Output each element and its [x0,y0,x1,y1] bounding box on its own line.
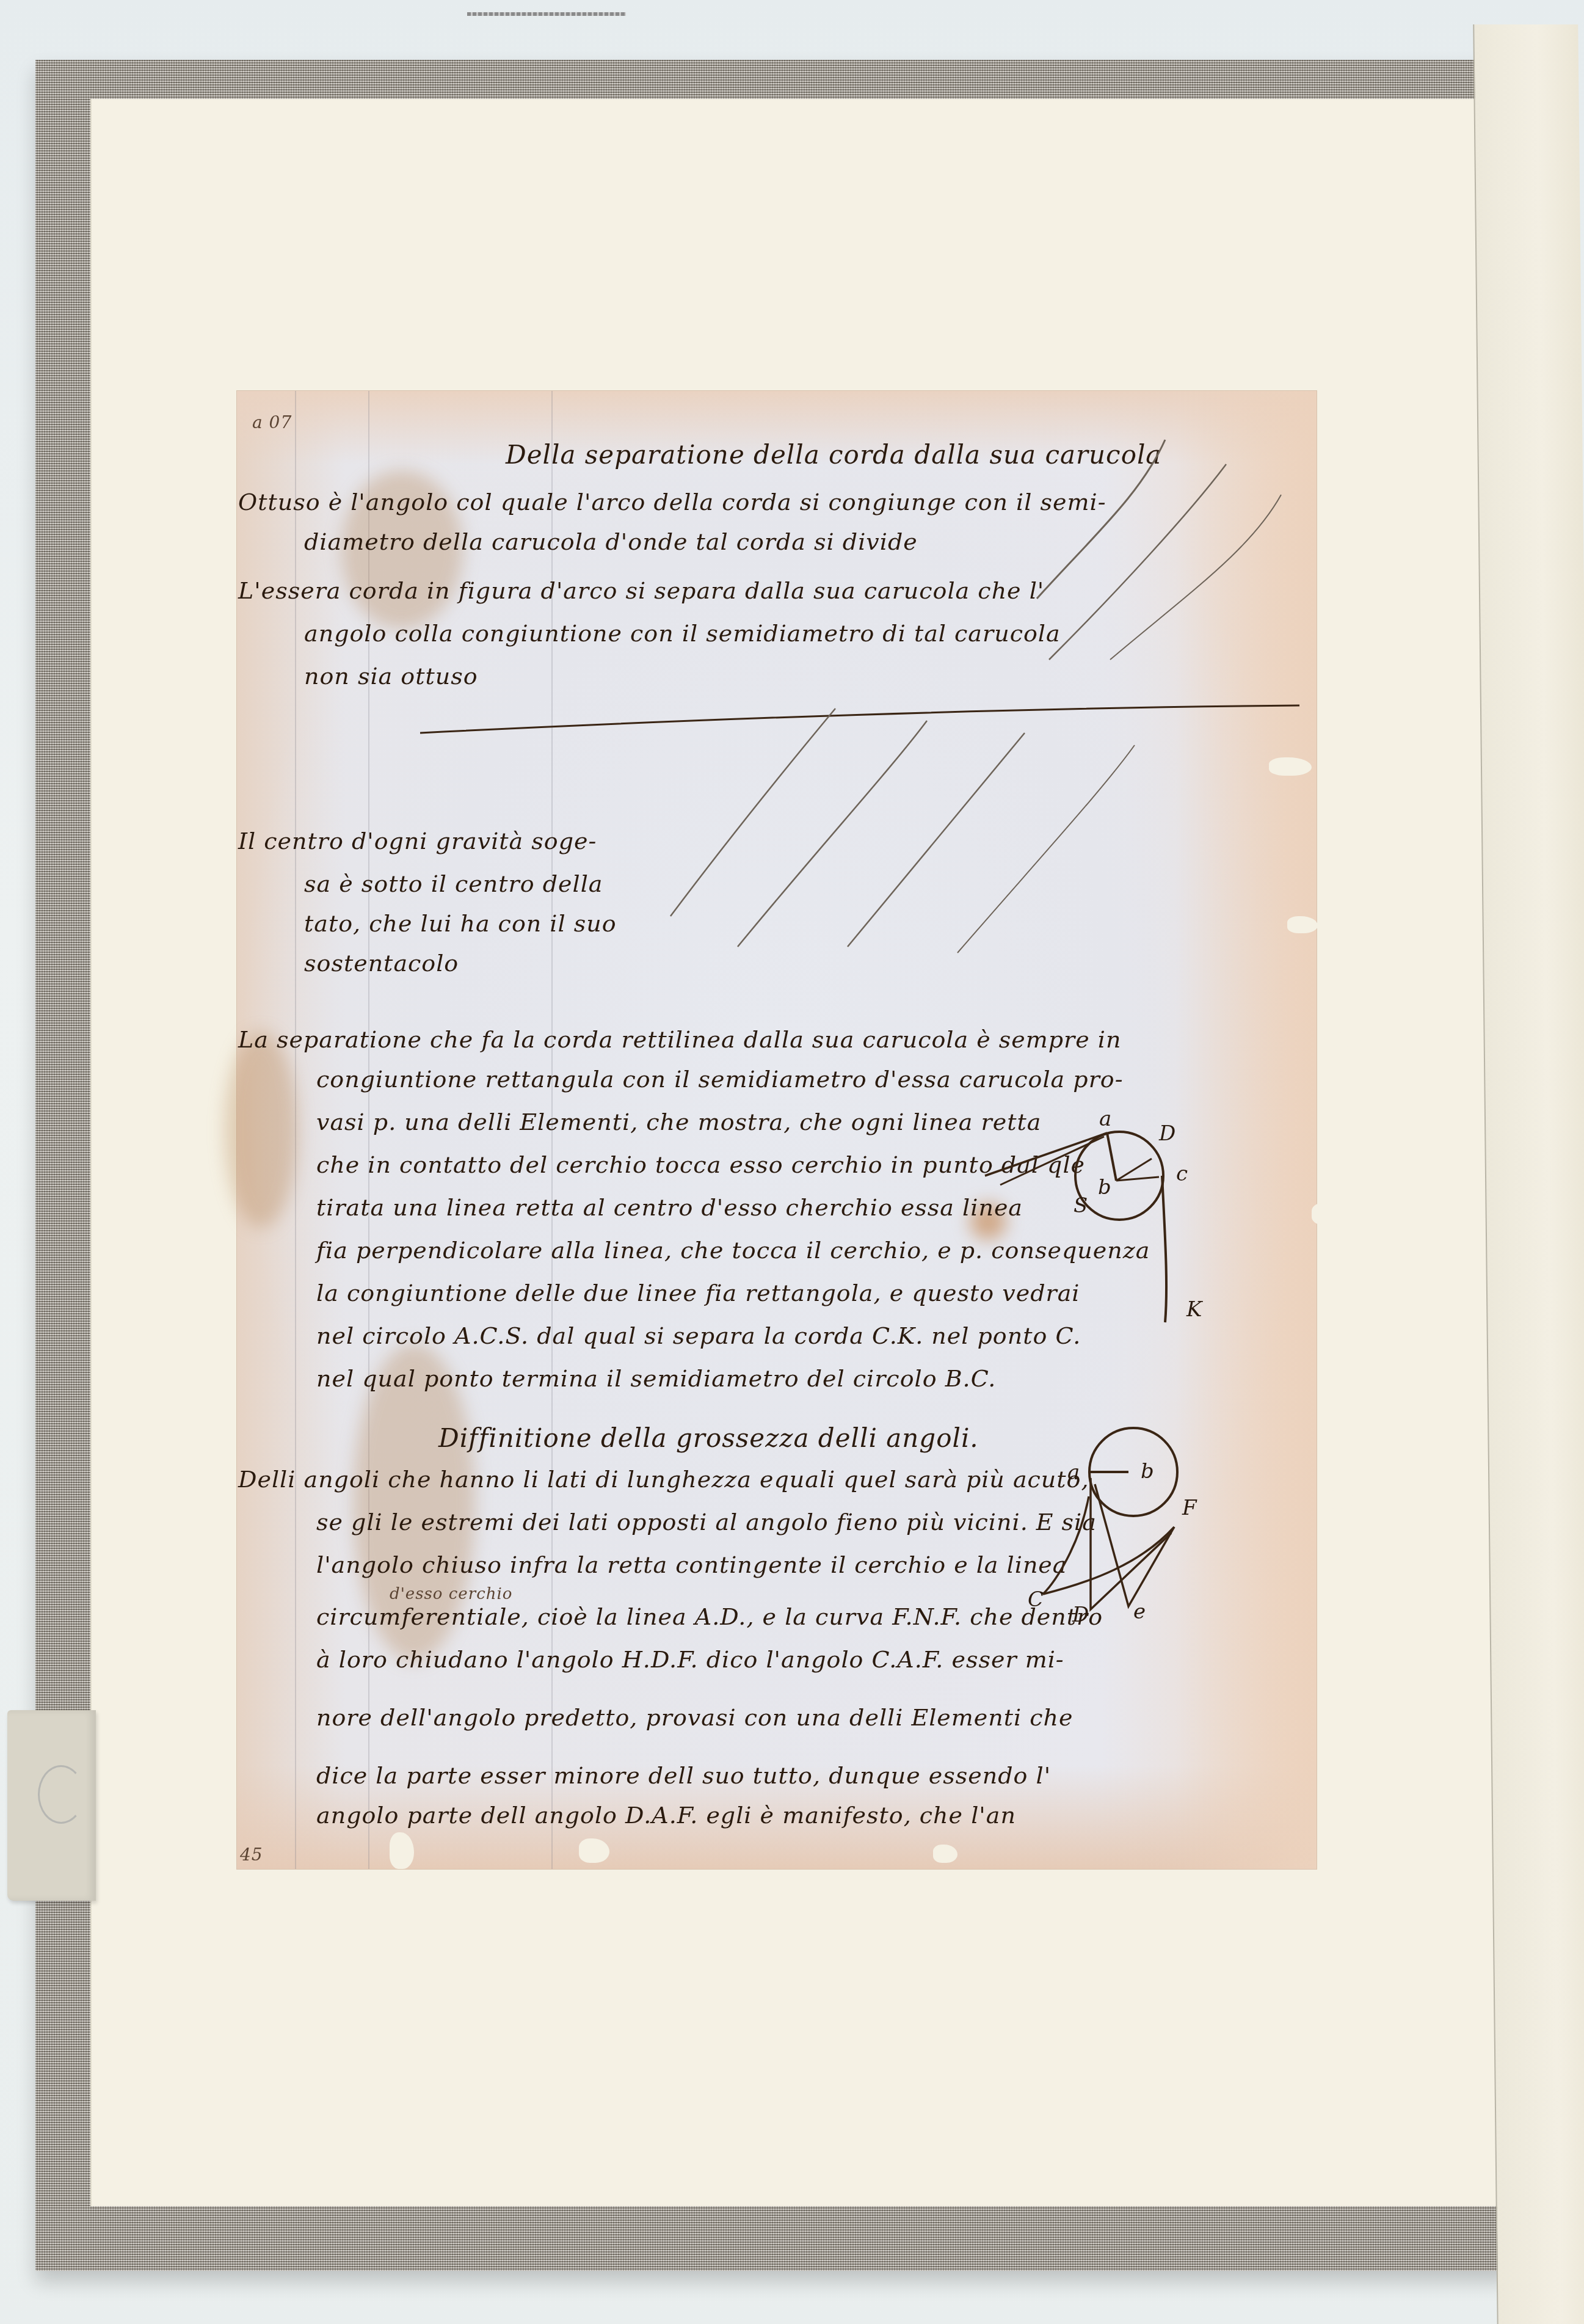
tab-stamp-icon [38,1765,84,1824]
label-b: b [1141,1459,1154,1484]
angle-diagram: a b F C D e [1043,1405,1226,1600]
pulley-diagram: a D b c S K [982,1115,1238,1335]
pencil-stroke [670,708,835,916]
paper-loss [1330,1032,1361,1047]
pencil-stroke [1037,440,1165,599]
page-tab[interactable] [7,1710,96,1901]
divider-stroke [420,705,1299,733]
label-c: c [1176,1162,1188,1186]
label-c: C [1028,1587,1044,1612]
label-a: a [1067,1460,1080,1485]
label-b: b [1098,1175,1111,1200]
paper-loss [1324,1490,1354,1509]
pencil-stroke [1110,495,1281,660]
label-k: K [1186,1297,1204,1322]
pencil-stroke [848,733,1025,947]
manuscript-sheet: a 07 Della separatione della corda dalla… [237,391,1317,1869]
label-d: D [1158,1121,1175,1146]
ruler-strip [467,12,626,16]
label-d: D [1072,1603,1089,1627]
label-f: F [1182,1496,1197,1520]
pencil-stroke [1049,464,1226,660]
pencil-stroke [738,721,927,947]
label-s: S [1074,1193,1088,1218]
label-e: e [1133,1600,1146,1624]
label-a: a [1099,1107,1111,1131]
pencil-stroke [957,745,1135,953]
